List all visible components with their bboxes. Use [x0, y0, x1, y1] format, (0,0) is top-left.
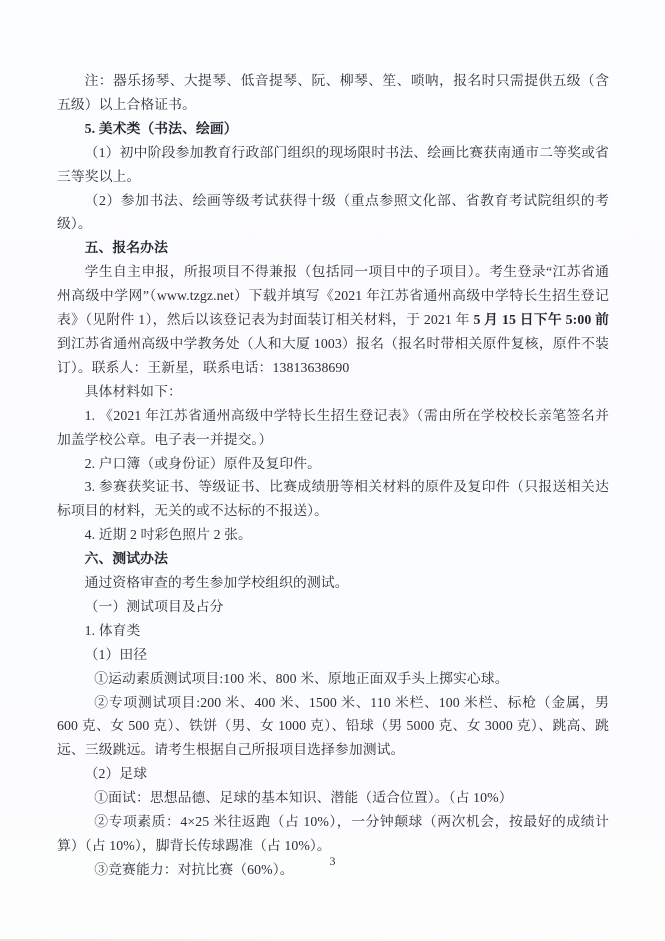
- paragraph: （一）测试项目及占分: [57, 595, 609, 619]
- bold-text-segment: 五、报名办法: [85, 240, 168, 255]
- text-segment: 注：器乐扬琴、大提琴、低音提琴、阮、柳琴、笙、唢呐，报名时只需提供五级（含五级）…: [57, 73, 609, 112]
- text-segment: 到江苏省通州高级中学教务处（人和大厦 1003）报名（报名时带相关原件复核，原件…: [57, 336, 609, 375]
- text-segment: ①运动素质测试项目:100 米、800 米、原地正面双手头上掷实心球。: [94, 671, 508, 686]
- text-segment: 4. 近期 2 吋彩色照片 2 张。: [85, 527, 252, 542]
- paragraph: ①运动素质测试项目:100 米、800 米、原地正面双手头上掷实心球。: [57, 667, 609, 691]
- paragraph: 六、测试办法: [57, 547, 609, 571]
- paragraph: （2）足球: [57, 762, 609, 786]
- paragraph: ②专项测试项目:200 米、400 米、1500 米、110 米栏、100 米栏…: [57, 691, 609, 763]
- paragraph: 2. 户口簿（或身份证）原件及复印件。: [57, 452, 609, 476]
- paragraph: 学生自主申报，所报项目不得兼报（包括同一项目中的子项目）。考生登录“江苏省通州高…: [57, 260, 609, 380]
- bold-text-segment: 5. 美术类（书法、绘画）: [85, 121, 238, 136]
- paragraph: 1. 《2021 年江苏省通州高级中学特长生招生登记表》（需由所在学校校长亲笔签…: [57, 404, 609, 452]
- paragraph: ②专项素质：4×25 米往返跑（占 10%），一分钟颠球（两次机会，按最好的成绩…: [57, 810, 609, 858]
- page-number: 3: [0, 854, 665, 869]
- bold-text-segment: 5 月 15 日下午 5:00 前: [473, 312, 609, 327]
- paragraph: ①面试：思想品德、足球的基本知识、潜能（适合位置）。（占 10%）: [57, 786, 609, 810]
- text-segment: ②专项测试项目:200 米、400 米、1500 米、110 米栏、100 米栏…: [57, 695, 609, 758]
- text-segment: （2）足球: [85, 766, 148, 781]
- text-segment: ②专项素质：4×25 米往返跑（占 10%），一分钟颠球（两次机会，按最好的成绩…: [57, 814, 609, 853]
- paragraph: 具体材料如下：: [57, 380, 609, 404]
- text-segment: 1. 体育类: [85, 623, 141, 638]
- text-segment: 3. 参赛获奖证书、等级证书、比赛成绩册等相关材料的原件及复印件（只报送相关达标…: [57, 479, 609, 518]
- document-body: 注：器乐扬琴、大提琴、低音提琴、阮、柳琴、笙、唢呐，报名时只需提供五级（含五级）…: [57, 69, 609, 882]
- text-segment: （一）测试项目及占分: [85, 599, 224, 614]
- paragraph: （1）初中阶段参加教育行政部门组织的现场限时书法、绘画比赛获南通市二等奖或省三等…: [57, 141, 609, 189]
- paragraph: 1. 体育类: [57, 619, 609, 643]
- bold-text-segment: 六、测试办法: [85, 551, 168, 566]
- paragraph: 4. 近期 2 吋彩色照片 2 张。: [57, 523, 609, 547]
- text-segment: （2）参加书法、绘画等级考试获得十级（重点参照文化部、省教育考试院组织的考级）。: [57, 193, 609, 232]
- document-page: 注：器乐扬琴、大提琴、低音提琴、阮、柳琴、笙、唢呐，报名时只需提供五级（含五级）…: [0, 0, 665, 941]
- text-segment: 通过资格审查的考生参加学校组织的测试。: [85, 575, 349, 590]
- paragraph: （2）参加书法、绘画等级考试获得十级（重点参照文化部、省教育考试院组织的考级）。: [57, 189, 609, 237]
- paragraph: 五、报名办法: [57, 236, 609, 260]
- text-segment: 2. 户口簿（或身份证）原件及复印件。: [85, 456, 321, 471]
- paragraph: 3. 参赛获奖证书、等级证书、比赛成绩册等相关材料的原件及复印件（只报送相关达标…: [57, 475, 609, 523]
- paragraph: 5. 美术类（书法、绘画）: [57, 117, 609, 141]
- text-segment: （1）初中阶段参加教育行政部门组织的现场限时书法、绘画比赛获南通市二等奖或省三等…: [57, 145, 609, 184]
- paragraph: 注：器乐扬琴、大提琴、低音提琴、阮、柳琴、笙、唢呐，报名时只需提供五级（含五级）…: [57, 69, 609, 117]
- text-segment: 1. 《2021 年江苏省通州高级中学特长生招生登记表》（需由所在学校校长亲笔签…: [57, 408, 609, 447]
- text-segment: ①面试：思想品德、足球的基本知识、潜能（适合位置）。（占 10%）: [94, 790, 512, 805]
- paragraph: 通过资格审查的考生参加学校组织的测试。: [57, 571, 609, 595]
- text-segment: （1）田径: [85, 647, 148, 662]
- paragraph: （1）田径: [57, 643, 609, 667]
- text-segment: 具体材料如下：: [85, 384, 182, 399]
